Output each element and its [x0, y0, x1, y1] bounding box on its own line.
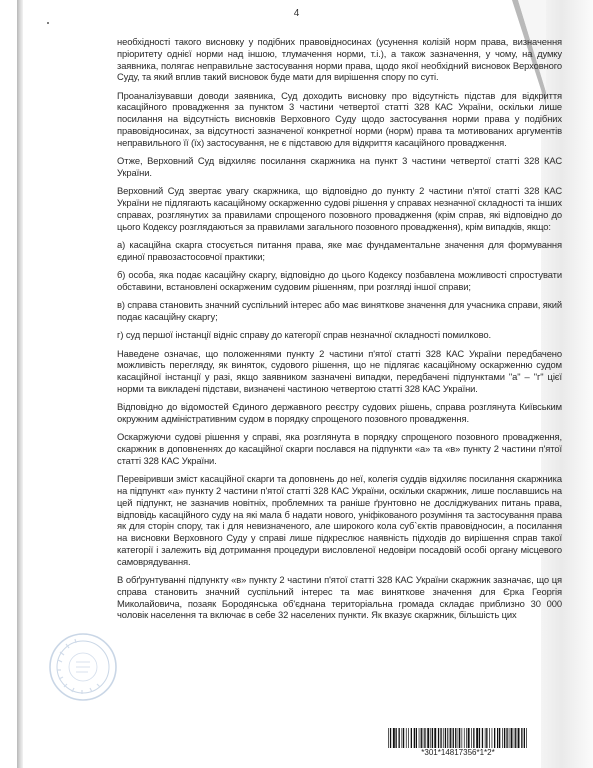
paragraph: Наведене означає, що положеннями пункту … [117, 348, 562, 395]
scan-speck [47, 22, 49, 24]
document-body: необхідності такого висновку у подібних … [117, 36, 562, 628]
paragraph: Відповідно до відомостей Єдиного державн… [117, 401, 562, 425]
paragraph: В обґрунтуванні підпункту «в» пункту 2 ч… [117, 574, 562, 621]
page-number: 4 [0, 8, 593, 19]
list-item-g: г) суд першої інстанції відніс справу до… [117, 329, 562, 341]
list-item-a: а) касаційна скарга стосується питання п… [117, 239, 562, 263]
list-item-v: в) справа становить значний суспільний і… [117, 299, 562, 323]
document-barcode: *301*14817356*1*2* [388, 728, 528, 760]
page-left-edge-shadow [17, 0, 23, 768]
paragraph: Отже, Верховний Суд відхиляє посилання с… [117, 155, 562, 179]
paragraph: Оскаржуючи судові рішення у справі, яка … [117, 431, 562, 466]
court-seal-stamp-icon [48, 632, 118, 702]
list-item-b: б) особа, яка подає касаційну скаргу, ві… [117, 269, 562, 293]
barcode-icon [388, 728, 528, 748]
paragraph: Верховний Суд звертає увагу скаржника, щ… [117, 185, 562, 232]
paragraph: Перевіривши зміст касаційної скарги та д… [117, 473, 562, 567]
barcode-number: *301*14817356*1*2* [388, 748, 528, 757]
paragraph: Проаналізувавши доводи заявника, Суд дох… [117, 90, 562, 149]
paragraph: необхідності такого висновку у подібних … [117, 36, 562, 83]
scan-margin-left [0, 0, 18, 768]
